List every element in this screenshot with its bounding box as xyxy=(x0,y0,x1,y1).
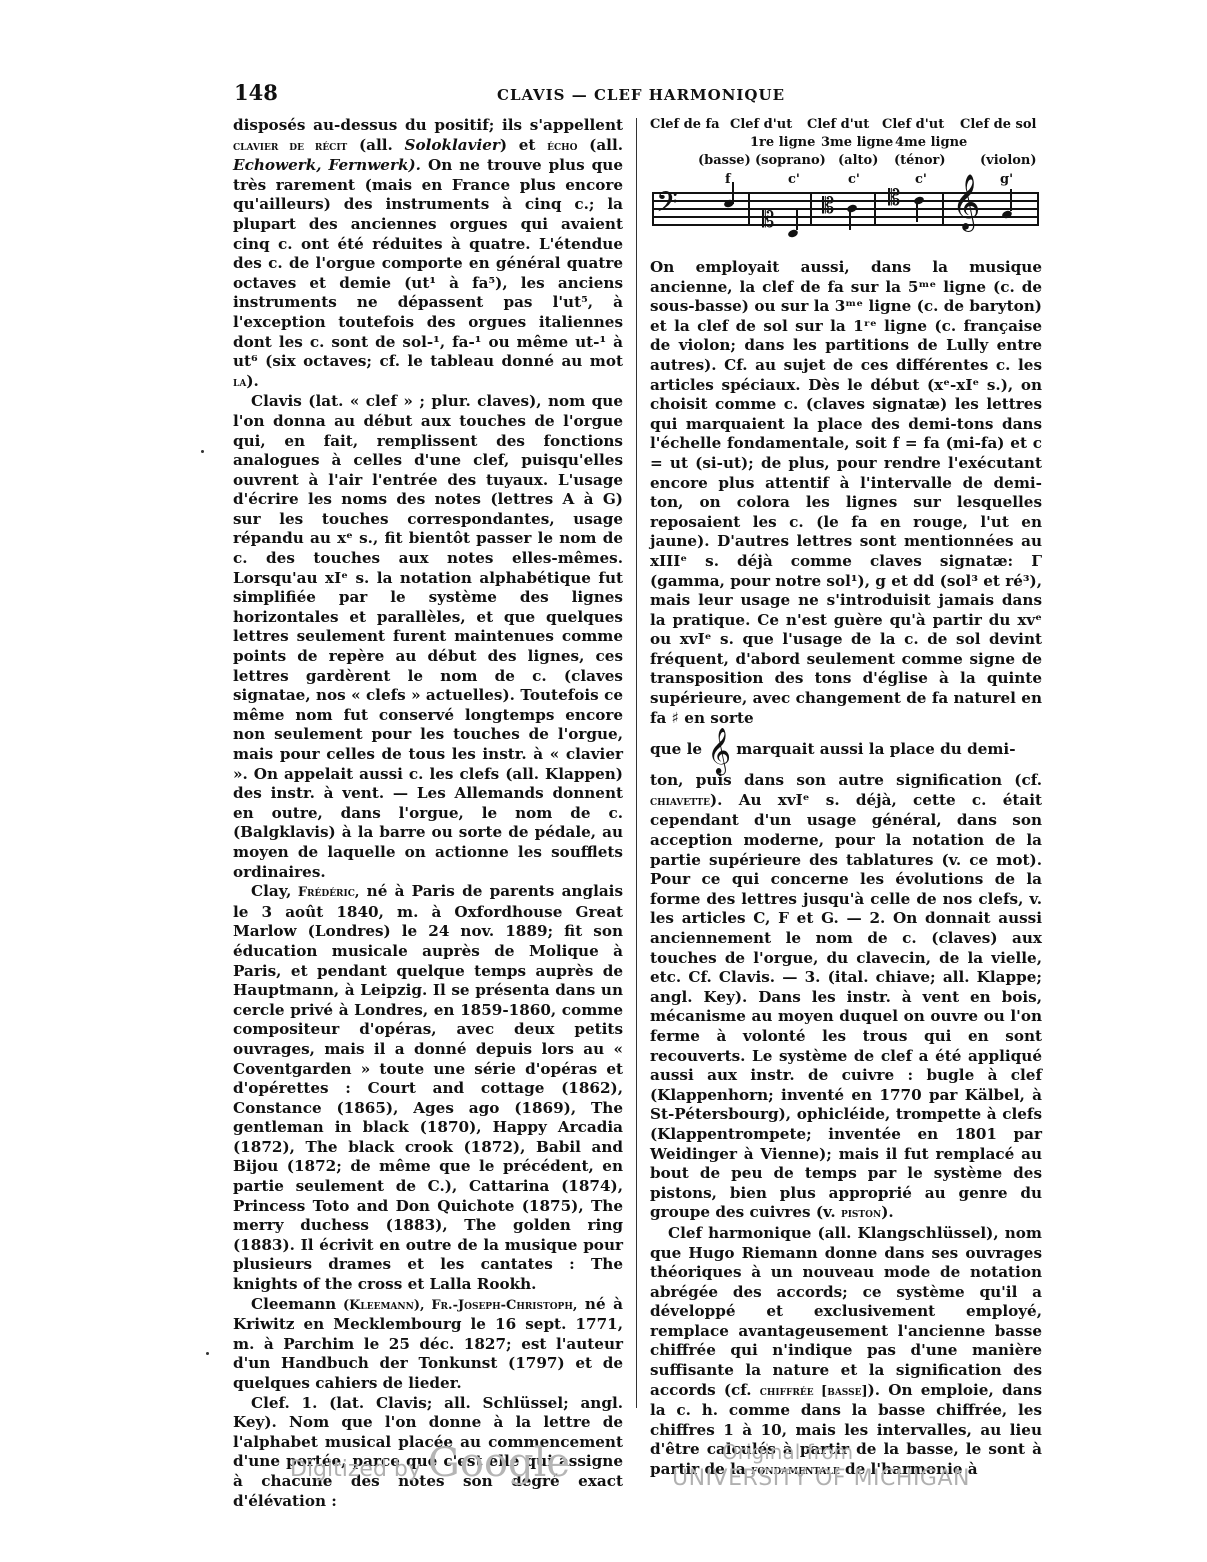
running-title: CLAVIS — CLEF HARMONIQUE xyxy=(497,86,785,104)
paragraph-chiavette: ton, puis dans son autre signification (… xyxy=(650,771,1042,1224)
paragraph-clef-continued: On employait aussi, dans la musique anci… xyxy=(650,258,1042,728)
text: ). xyxy=(246,372,258,390)
clef-line-label: 4me ligne xyxy=(895,135,967,150)
note-head xyxy=(1001,210,1013,220)
smallcaps-term: clavier de récit xyxy=(233,139,347,154)
c-clef-icon: 𝄡 xyxy=(888,186,900,211)
note-stem xyxy=(849,208,851,230)
clef-label: Clef de fa xyxy=(650,117,720,132)
text: (all. xyxy=(577,136,623,154)
smallcaps-term: piston xyxy=(841,1206,881,1221)
smallcaps-term: la xyxy=(233,375,246,390)
treble-clef-icon: 𝄞 xyxy=(952,174,980,231)
clef-music-example: Clef de fa Clef d'ut Clef d'ut Clef d'ut… xyxy=(650,117,1042,247)
text: ). xyxy=(881,1203,893,1221)
text: ). Au xvIᵉ s. déjà, cette c. était cepen… xyxy=(650,791,1042,1221)
italic-term: Soloklavier xyxy=(404,136,499,154)
note-head xyxy=(846,204,858,214)
note-name: c' xyxy=(915,172,927,187)
smallcaps-term: chiffrée [basse] xyxy=(760,1384,868,1399)
note-name: c' xyxy=(788,172,800,187)
text: marquait aussi la place du demi- xyxy=(731,740,1016,758)
voice-label: (basse) xyxy=(698,153,751,168)
column-divider xyxy=(636,118,637,1408)
note-name: c' xyxy=(848,172,860,187)
clef-line-label: 3me ligne xyxy=(821,135,893,150)
smallcaps-term: chiavette xyxy=(650,794,710,809)
smallcaps-term: Frédéric, xyxy=(291,885,359,900)
clef-label: Clef de sol xyxy=(960,117,1037,132)
text: On ne trouve plus que très rarement (mai… xyxy=(233,156,623,370)
entry-text: (lat. « clef » ; plur. claves), nom que … xyxy=(233,392,623,880)
bass-clef-icon: 𝄢 xyxy=(656,186,678,226)
left-column: disposés au-dessus du positif; ils s'app… xyxy=(233,116,623,1511)
voice-label: (ténor) xyxy=(894,153,946,168)
voice-label: (alto) xyxy=(838,153,878,168)
text: que le xyxy=(650,740,707,758)
entry-clay: Clay, Frédéric, né à Paris de parents an… xyxy=(233,882,623,1294)
page-number: 148 xyxy=(234,80,278,105)
voice-label: (soprano) xyxy=(755,153,826,168)
note-name: g' xyxy=(1000,172,1013,187)
text: ) et xyxy=(500,136,547,154)
digitized-by-watermark: Digitized by Google xyxy=(290,1440,570,1486)
smallcaps-term: écho xyxy=(547,139,577,154)
right-column: On employait aussi, dans la musique anci… xyxy=(650,258,1042,1481)
note-stem xyxy=(796,208,798,230)
clef-label: Clef d'ut xyxy=(730,117,792,132)
entry-headword: Clay, xyxy=(251,882,291,900)
note-stem xyxy=(732,182,734,204)
text: disposés au-dessus du positif; ils s'app… xyxy=(233,116,623,134)
entry-text: (all. Klangschlüssel), nom que Hugo Riem… xyxy=(650,1224,1042,1399)
clef-line-label: 1re ligne xyxy=(750,135,815,150)
margin-mark xyxy=(206,1352,209,1355)
note-stem xyxy=(1010,189,1012,211)
note-stem xyxy=(916,200,918,222)
music-staff: 𝄢 𝄡 𝄡 𝄡 𝄞 xyxy=(652,192,1039,226)
institution-text: UNIVERSITY OF MICHIGAN xyxy=(672,1466,970,1491)
voice-label: (violon) xyxy=(980,153,1037,168)
paragraph-treble-clef-line: que le 𝄞 marquait aussi la place du demi… xyxy=(650,740,1042,761)
note-name: f xyxy=(725,172,731,187)
digitized-by-text: Digitized by xyxy=(290,1457,421,1482)
text: (all. xyxy=(347,136,404,154)
entry-clavis: Clavis (lat. « clef » ; plur. claves), n… xyxy=(233,392,623,882)
entry-headword: Clavis xyxy=(251,392,302,410)
c-clef-icon: 𝄡 xyxy=(762,208,774,233)
entry-headword: Cleemann xyxy=(251,1295,336,1313)
text: On employait aussi, dans la musique anci… xyxy=(650,258,1042,727)
clef-label: Clef d'ut xyxy=(807,117,869,132)
entry-headword: Clef. xyxy=(251,1394,290,1412)
italic-term: Echowerk, Fernwerk). xyxy=(233,156,421,174)
paragraph-clavier-continued: disposés au-dessus du positif; ils s'app… xyxy=(233,116,623,392)
c-clef-icon: 𝄡 xyxy=(822,194,834,219)
margin-mark xyxy=(201,450,204,453)
smallcaps-term: (Kleemann), Fr.-Joseph-Christoph, xyxy=(336,1298,577,1313)
entry-text: né à Paris de parents anglais le 3 août … xyxy=(233,882,623,1293)
entry-headword: Clef harmonique xyxy=(668,1224,811,1242)
original-from-text: Original from xyxy=(722,1440,853,1464)
google-logo: Google xyxy=(428,1440,570,1486)
note-head xyxy=(913,196,925,206)
treble-clef-icon: 𝄞 xyxy=(707,728,731,774)
clef-label: Clef d'ut xyxy=(882,117,944,132)
entry-cleemann: Cleemann (Kleemann), Fr.-Joseph-Christop… xyxy=(233,1295,623,1394)
